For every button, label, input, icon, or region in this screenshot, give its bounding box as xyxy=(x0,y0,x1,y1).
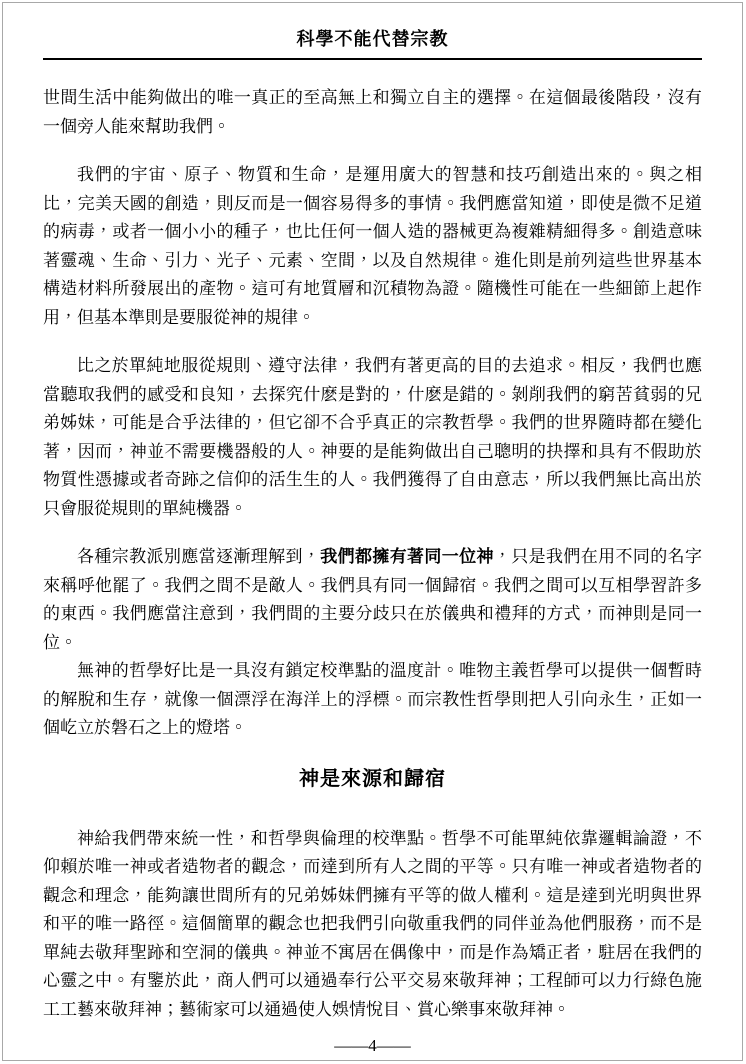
page-footer: ——4—— xyxy=(43,1032,702,1060)
paragraph-thermometer: 無神的哲學好比是一具沒有鎖定校準點的溫度計。唯物主義哲學可以提供一個暫時的解脫和… xyxy=(43,657,702,743)
page-title: 科學不能代替宗教 xyxy=(43,27,702,51)
paragraph-one-god-pre: 各種宗教派別應當逐漸理解到， xyxy=(77,547,320,566)
page-header: 科學不能代替宗教 xyxy=(43,27,702,60)
paragraph-creation: 我們的宇宙、原子、物質和生命，是運用廣大的智慧和技巧創造出來的。與之相比，完美天… xyxy=(43,161,702,332)
page-number: ——4—— xyxy=(43,1032,702,1060)
paragraph-conscience: 比之於單純地服從規則、遵守法律，我們有著更高的目的去追求。相反，我們也應當聽取我… xyxy=(43,352,702,523)
title-divider xyxy=(43,58,702,60)
paragraph-one-god: 各種宗教派別應當逐漸理解到，我們都擁有著同一位神，只是我們在用不同的名字來稱呼他… xyxy=(43,543,702,657)
document-body: 世間生活中能夠做出的唯一真正的至高無上和獨立自主的選擇。在這個最後階段，沒有一個… xyxy=(43,84,702,1024)
paragraph-one-god-bold: 我們都擁有著同一位神 xyxy=(320,547,494,566)
paragraph-unity: 神給我們帶來統一性，和哲學與倫理的校準點。哲學不可能單純依靠邏輯論證，不仰賴於唯… xyxy=(43,825,702,1025)
section-heading: 神是來源和歸宿 xyxy=(43,765,702,793)
paragraph-continuation: 世間生活中能夠做出的唯一真正的至高無上和獨立自主的選擇。在這個最後階段，沒有一個… xyxy=(43,84,702,141)
document-page: 科學不能代替宗教 世間生活中能夠做出的唯一真正的至高無上和獨立自主的選擇。在這個… xyxy=(2,2,743,1061)
